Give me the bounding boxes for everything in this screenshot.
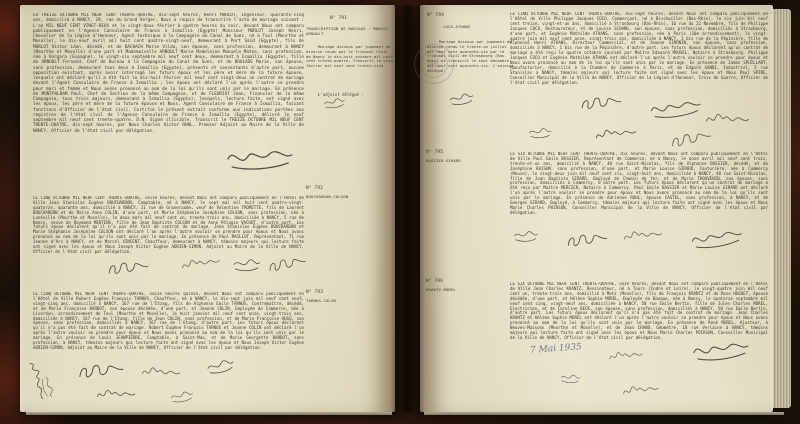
margin-names-792: BOUCHARDON-COLSON [306,195,394,200]
signature-mark [600,349,652,365]
margin-names-794: COCO-ATHANS [443,25,513,30]
margin-number-793: N° 793 [306,290,323,295]
divorce-note-794: Mariage dissous par jugement de divorce … [427,40,515,92]
margin-number-795: N° 795 [426,150,443,155]
margin-number-796: N° 796 [426,279,443,284]
record-body-794: LE CINQ OCTOBRE MIL NEUF CENT TRENTE-QUA… [510,12,768,92]
signature-mark [75,361,132,384]
signature-mark [564,230,613,251]
page-fore-edge [773,9,791,408]
margin-number-792: N° 792 [306,186,323,191]
signature-mark [95,387,138,404]
margin-number-794: N° 794 [427,13,444,18]
margin-names-795: BASSIER-GIRARD [426,159,506,164]
record-body-793: LE CINQ OCTOBRE MIL NEUF CENT TRENTE-QUA… [33,292,304,362]
record-body-791: Le TREIZE OCTOBRE MIL NEUF CENT TRENTE-Q… [33,13,304,151]
signature-mark [528,126,567,142]
divorce-note-791: Mariage dissous par jugement de divorce … [306,45,393,91]
signature-mark-ruhl [212,144,309,173]
record-body-795: LE SIX OCTOBRE MIL NEUF CENT TRENTE-QUAT… [510,152,768,224]
signature-mark [445,90,492,109]
signature-mark [575,94,632,115]
signature-mark [620,383,663,400]
register-book-photo: Le TREIZE OCTOBRE MIL NEUF CENT TRENTE-Q… [0,0,800,424]
right-page-bottom-edge [424,412,784,415]
margin-names-796: KRANTZ-MOREL [426,288,506,293]
left-page-bottom-edge [26,412,392,415]
signature-mark [592,126,641,145]
record-body-792: LE CINQ OCTOBRE MIL NEUF CENT TRENTE-QUA… [33,196,304,256]
margin-number-791: N° 791 [330,16,347,21]
margin-names-791: TRANSCRIPTION DE MARIAGE : MORLOT-ARNOUL… [306,27,394,36]
margin-names-793: TARNUS-COLIN [306,299,394,304]
signature-mark [320,96,363,112]
signature-mark [622,228,665,245]
signature-mark [105,259,156,280]
signature-mark [512,229,555,247]
